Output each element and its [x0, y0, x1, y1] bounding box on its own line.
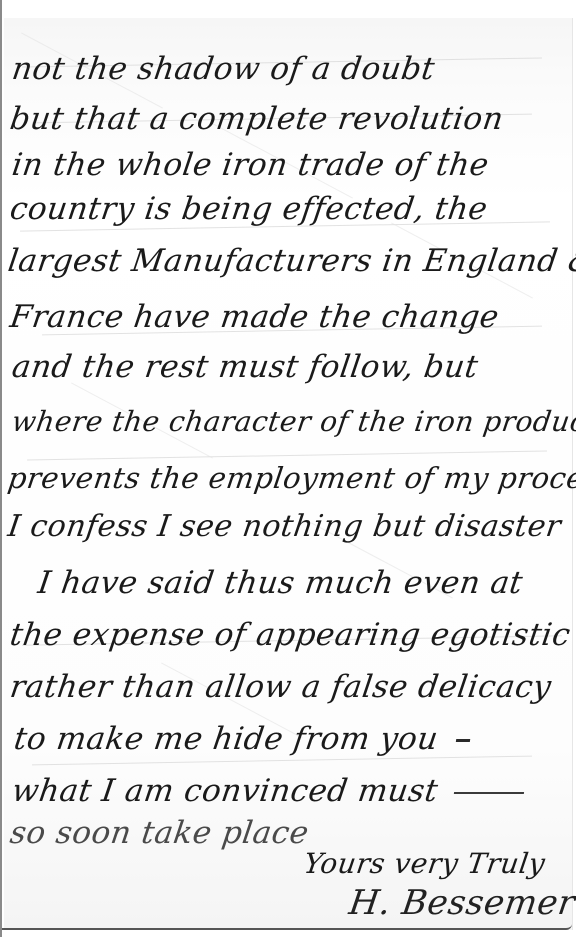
line-filler-stroke	[454, 792, 524, 794]
letter-line: so soon take place	[8, 818, 311, 849]
letter-line: France have made the change	[8, 302, 501, 333]
letter-line: I have said thus much even at	[36, 568, 525, 599]
letter-line: rather than allow a false delicacy	[8, 672, 553, 703]
letter-line: country is being effected, the	[8, 194, 490, 225]
letter-signature: H. Bessemer	[347, 886, 576, 920]
letter-line: where the character of the iron produced	[10, 408, 576, 436]
letter-line: and the rest must follow, but	[10, 352, 480, 383]
letter-line: but that a complete revolution	[8, 104, 505, 135]
struck-out-mark	[456, 739, 470, 742]
letter-closing: Yours very Truly	[302, 850, 547, 878]
letter-line: prevents the employment of my process	[6, 464, 576, 493]
paper-bottom-edge	[2, 922, 572, 930]
letter-line: largest Manufacturers in England &	[6, 246, 576, 277]
letter-line-text: what I am convinced must	[10, 773, 441, 809]
letter-line: not the shadow of a doubt	[10, 54, 437, 85]
letter-line: I confess I see nothing but disaster	[6, 512, 563, 542]
letter-line: in the whole iron trade of the	[10, 150, 491, 181]
letter-line: the expense of appearing egotistic	[8, 620, 572, 651]
letter-line: what I am convinced must	[10, 776, 526, 807]
letter-line-text: to make me hide from you	[12, 721, 441, 757]
scanned-letter-page: not the shadow of a doubt but that a com…	[0, 0, 576, 937]
letter-line: to make me hide from you	[12, 724, 472, 755]
